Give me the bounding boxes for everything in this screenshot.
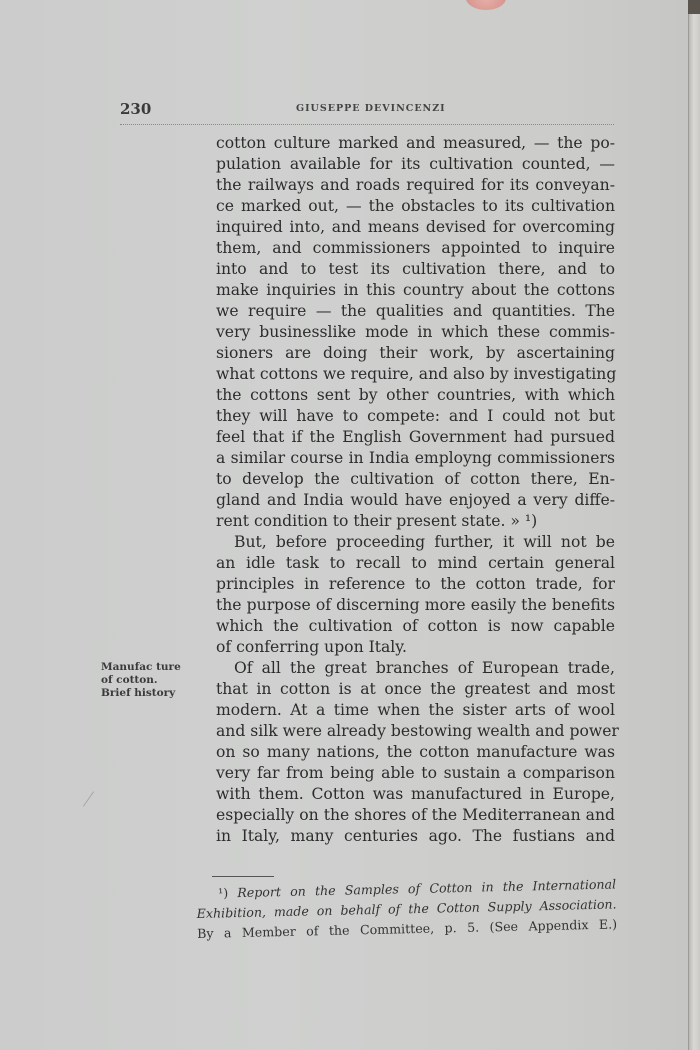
text-line: especially on the shores of the Mediterr… xyxy=(216,805,615,826)
text-line: a similar course in India employng commi… xyxy=(216,448,615,469)
header-rule xyxy=(120,124,614,125)
text-line: on so many nations, the cotton manufactu… xyxy=(216,742,615,763)
text-line: Of all the great branches of European tr… xyxy=(216,658,615,679)
footnote-rule xyxy=(212,876,274,877)
text-line: cotton culture marked and measured, — th… xyxy=(216,133,615,154)
text-line: the purpose of discerning more easily th… xyxy=(216,595,615,616)
text-line: principles in reference to the cotton tr… xyxy=(216,574,615,595)
text-line: modern. At a time when the sister arts o… xyxy=(216,700,615,721)
text-line: them, and commissioners appointed to inq… xyxy=(216,238,615,259)
text-line: pulation available for its cultivation c… xyxy=(216,154,615,175)
text-line: But, before proceeding further, it will … xyxy=(216,532,615,553)
text-line: ce marked out, — the obstacles to its cu… xyxy=(216,196,615,217)
text-line: inquired into, and means devised for ove… xyxy=(216,217,615,238)
text-line: we require — the qualities and quantitie… xyxy=(216,301,615,322)
text-line: to develop the cultivation of cotton the… xyxy=(216,469,615,490)
text-line: into and to test its cultivation there, … xyxy=(216,259,615,280)
body-text: cotton culture marked and measured, — th… xyxy=(216,133,615,847)
footnote-marker: ¹) xyxy=(218,885,228,900)
background-corner xyxy=(688,0,700,14)
text-line: which the cultivation of cotton is now c… xyxy=(216,616,615,637)
text-line: what cottons we require, and also by inv… xyxy=(216,364,615,385)
running-head: GIUSEPPE DEVINCENZI xyxy=(296,103,446,114)
text-line: rent condition to their present state. »… xyxy=(216,511,615,532)
footnote: ¹) Report on the Samples of Cotton in th… xyxy=(196,874,617,944)
page-header: 230 GIUSEPPE DEVINCENZI xyxy=(118,100,614,120)
page-edge xyxy=(688,0,700,1050)
text-line: and silk were already bestowing wealth a… xyxy=(216,721,615,742)
text-line: very businesslike mode in which these co… xyxy=(216,322,615,343)
text-line: the railways and roads required for its … xyxy=(216,175,615,196)
text-line: the cottons sent by other countries, wit… xyxy=(216,385,615,406)
text-line: with them. Cotton was manufactured in Eu… xyxy=(216,784,615,805)
text-line: in Italy, many centuries ago. The fustia… xyxy=(216,826,615,847)
text-line: an idle task to recall to mind certain g… xyxy=(216,553,615,574)
text-line: make inquiries in this country about the… xyxy=(216,280,615,301)
text-line: feel that if the English Government had … xyxy=(216,427,615,448)
text-line: gland and India would have enjoyed a ver… xyxy=(216,490,615,511)
text-line: that in cotton is at once the greatest a… xyxy=(216,679,615,700)
text-line: they will have to compete: and I could n… xyxy=(216,406,615,427)
sidenote-line: Manufac ture xyxy=(101,661,193,674)
page-number: 230 xyxy=(120,100,151,118)
text-line: very far from being able to sustain a co… xyxy=(216,763,615,784)
sidenote-line: Brief history xyxy=(101,687,193,700)
margin-sidenote: Manufac ture of cotton. Brief history xyxy=(101,661,193,700)
text-line: sioners are doing their work, by ascerta… xyxy=(216,343,615,364)
text-line: of conferring upon Italy. xyxy=(216,637,615,658)
sidenote-line: of cotton. xyxy=(101,674,193,687)
